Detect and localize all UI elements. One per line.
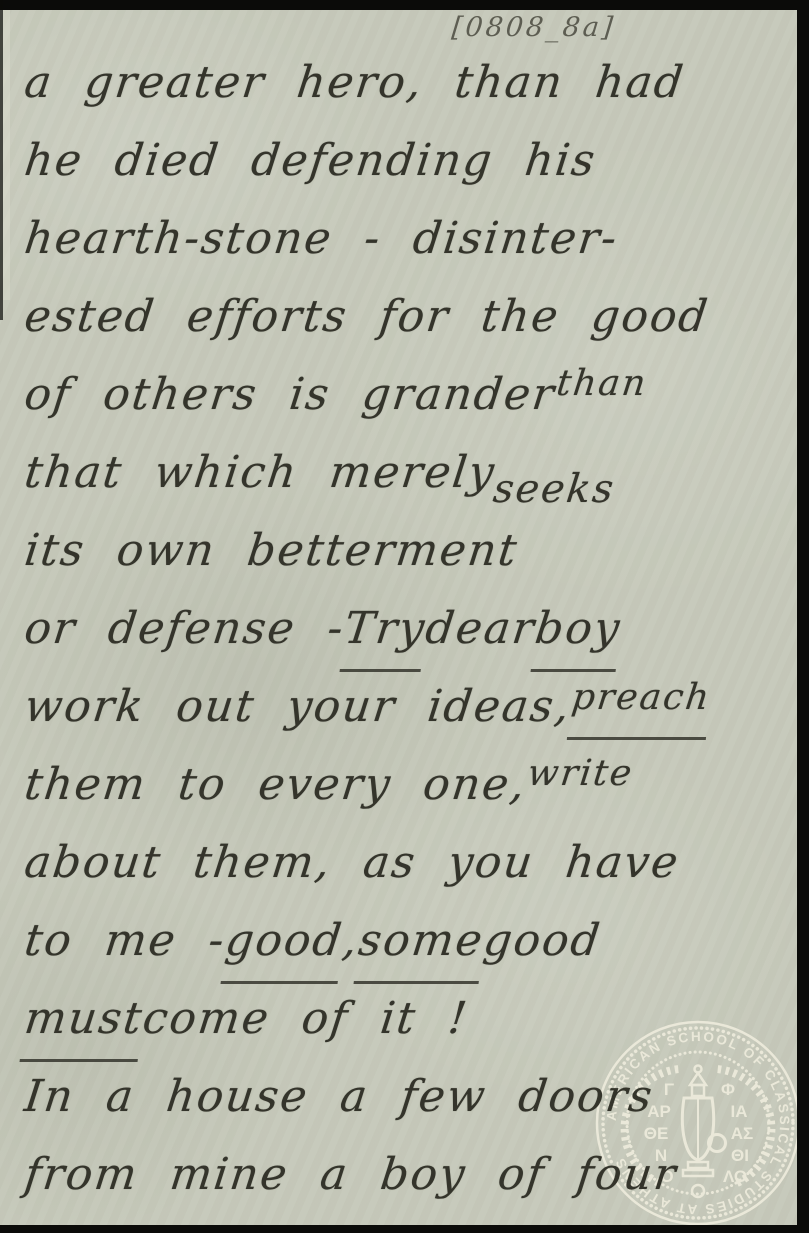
paper-edge-highlight: [3, 0, 10, 300]
handwriting-line-3: hearth-stone - disinter-: [20, 200, 801, 278]
handwriting-line-1: a greater hero, than had: [20, 44, 801, 122]
word-segment: a greater hero, than had: [20, 44, 689, 122]
word-segment: In a house a few doors: [20, 1058, 658, 1136]
handwriting-line-13: must come of it !: [20, 980, 801, 1058]
word-segment: or defense -: [20, 590, 349, 668]
handwriting-line-11: about them, as you have: [20, 824, 801, 902]
word-segment: to me -: [20, 902, 230, 980]
handwriting-line-12: to me - good, some good: [20, 902, 801, 980]
word-segment: come of it !: [138, 980, 473, 1058]
word-segment: good: [220, 902, 347, 984]
handwriting-line-6: that which merely seeks: [20, 434, 801, 512]
archive-label: [0808_8a]: [450, 12, 617, 43]
handwriting-line-15: from mine a boy of four: [20, 1136, 801, 1214]
word-segment: preach: [567, 658, 716, 740]
word-segment: must: [20, 980, 148, 1062]
handwriting-line-7: its own betterment: [20, 512, 801, 590]
handwriting-line-10: them to every one, write: [20, 746, 801, 824]
handwriting-line-8: or defense - Try dear boy: [20, 590, 801, 668]
handwriting-line-2: he died defending his: [20, 122, 801, 200]
word-segment: that which merely: [20, 434, 500, 512]
word-segment: write: [523, 734, 638, 812]
word-segment: them to every one,: [20, 746, 531, 824]
word-segment: of others is grander: [20, 356, 560, 434]
word-segment: than: [552, 344, 652, 422]
word-segment: work out your ideas,: [20, 668, 576, 746]
letter-page: [0808_8a] AMERICAN SCHOOL OF CLASSICAL S…: [0, 0, 809, 1233]
handwriting-line-14: In a house a few doors: [20, 1058, 801, 1136]
word-segment: about them, as you have: [20, 824, 684, 902]
scan-edge-bottom: [0, 1225, 809, 1233]
word-segment: good: [479, 902, 606, 980]
scan-edge-right: [797, 0, 809, 1233]
word-segment: its own betterment: [20, 512, 523, 590]
word-segment: he died defending his: [20, 122, 601, 200]
scan-edge-left: [0, 0, 3, 320]
word-segment: dear: [421, 590, 540, 668]
handwriting-line-4: ested efforts for the good: [20, 278, 801, 356]
scan-edge-top: [0, 0, 809, 10]
word-segment: from mine a boy of four: [20, 1136, 682, 1214]
letter-body: a greater hero, than hadhe died defendin…: [20, 44, 791, 1214]
word-segment: hearth-stone - disinter-: [20, 200, 623, 278]
handwriting-line-9: work out your ideas, preach: [20, 668, 801, 746]
handwriting-line-5: of others is grander than: [20, 356, 801, 434]
word-segment: Try: [339, 590, 430, 672]
word-segment: some: [354, 902, 489, 984]
